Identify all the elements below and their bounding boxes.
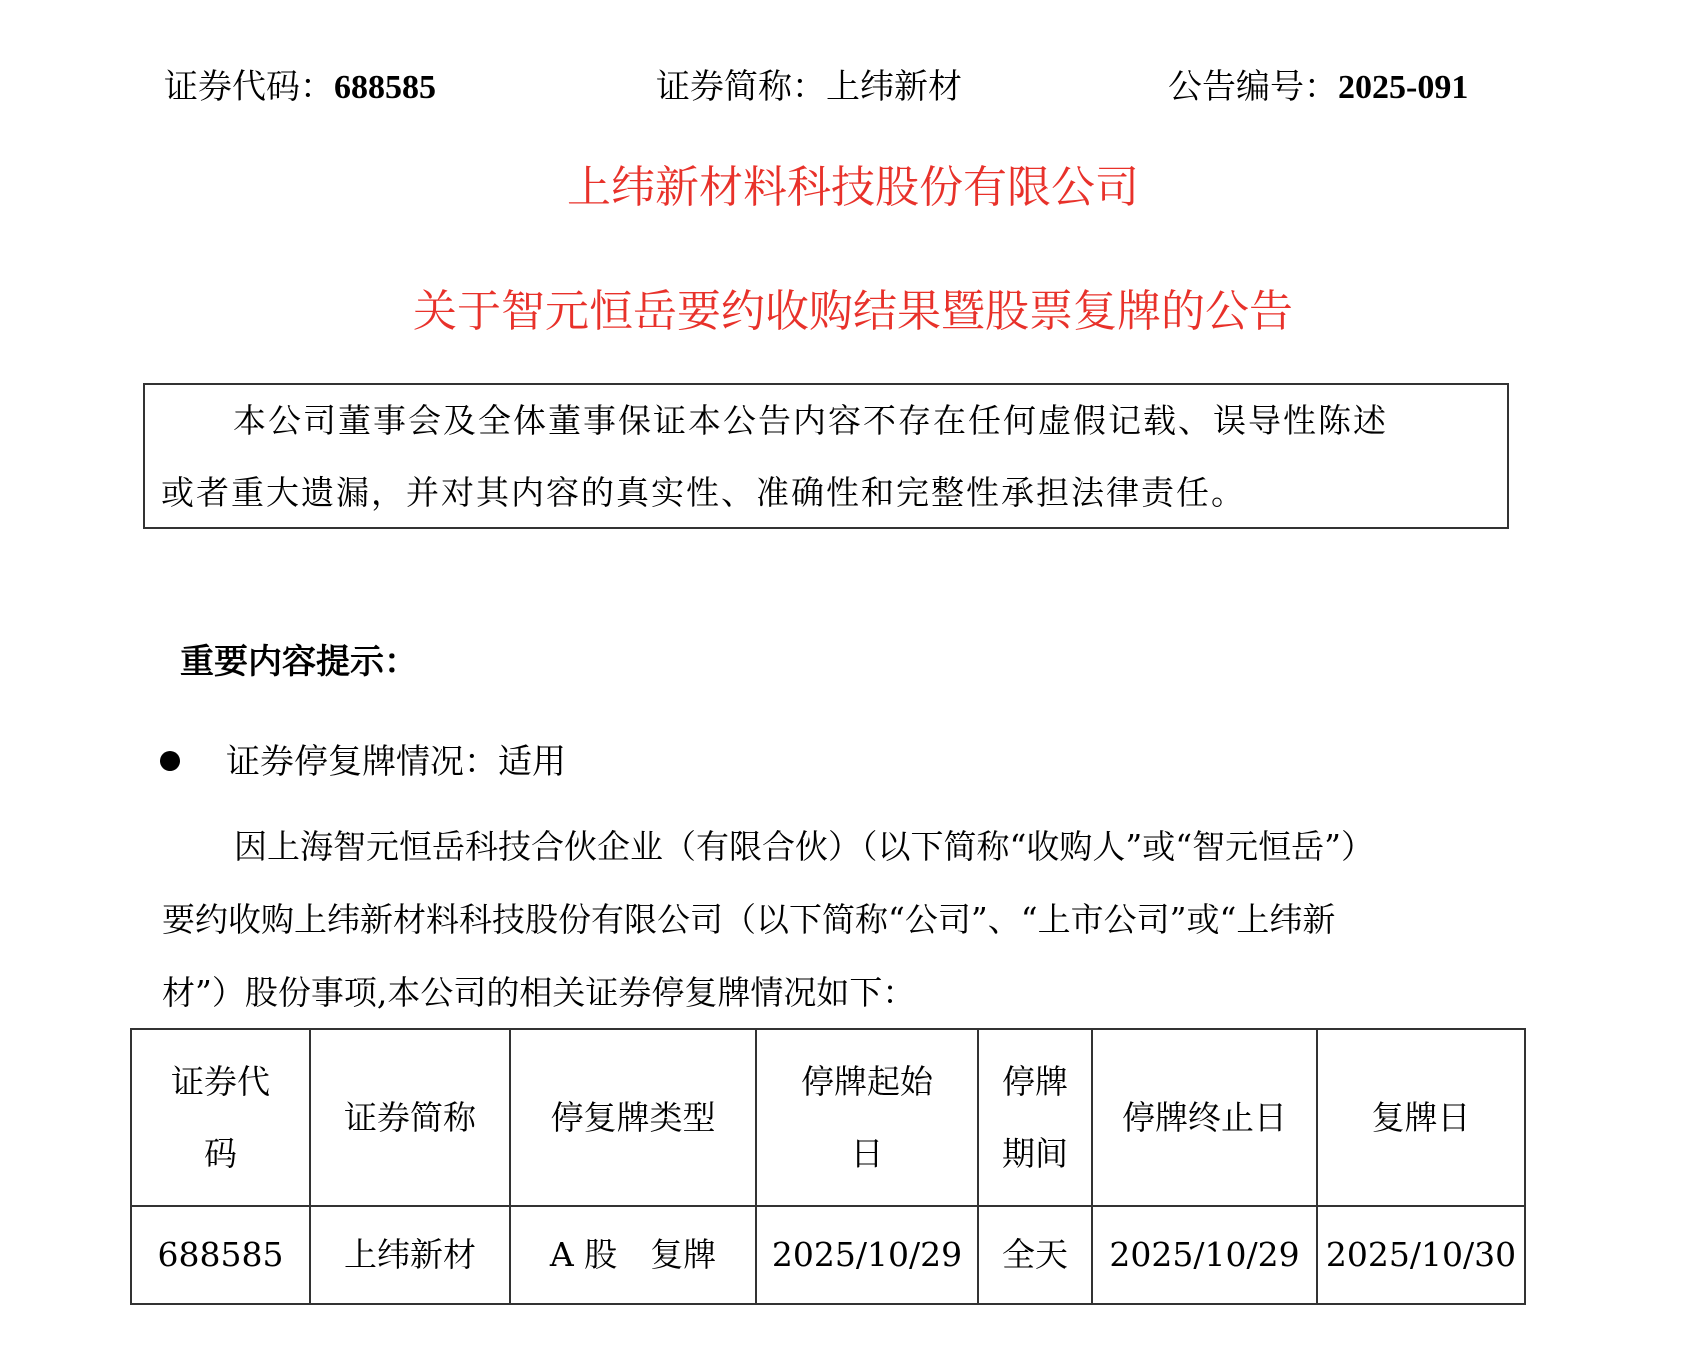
- table-header-cell: 复牌日: [1317, 1029, 1525, 1206]
- table-cell: 2025/10/29: [1092, 1206, 1317, 1304]
- table-row: 688585 上纬新材 A 股 复牌 2025/10/29 全天 2025/10…: [131, 1206, 1525, 1304]
- company-title: 上纬新材料科技股份有限公司: [0, 160, 1706, 216]
- suspension-table: 证券代 码 证券简称 停复牌类型 停牌起始 日 停牌 期间 停牌终止日 复牌日 …: [130, 1028, 1526, 1305]
- table-header-cell: 停牌 期间: [978, 1029, 1092, 1206]
- table-cell: 2025/10/29: [756, 1206, 978, 1304]
- table-cell: 688585: [131, 1206, 310, 1304]
- security-code-value: 688585: [334, 69, 436, 106]
- notice-number-value: 2025-091: [1338, 69, 1468, 106]
- table-header-cell: 证券简称: [310, 1029, 510, 1206]
- bullet-text: 证券停复牌情况：适用: [226, 742, 566, 782]
- notice-number: 公告编号：2025-091: [1168, 66, 1468, 110]
- security-short-name-label: 证券简称：: [656, 69, 826, 106]
- table-cell: 2025/10/30: [1317, 1206, 1525, 1304]
- table-header-cell: 证券代 码: [131, 1029, 310, 1206]
- disclaimer-box: 本公司董事会及全体董事保证本公告内容不存在任何虚假记载、误导性陈述 或者重大遗漏…: [143, 383, 1509, 529]
- security-short-name-value: 上纬新材: [826, 69, 962, 106]
- section-title: 重要内容提示：: [180, 640, 418, 684]
- disclaimer-line-1: 本公司董事会及全体董事保证本公告内容不存在任何虚假记载、误导性陈述: [161, 385, 1493, 457]
- body-paragraph: 因上海智元恒岳科技合伙企业（有限合伙）（以下简称“收购人”或“智元恒岳”） 要约…: [162, 810, 1512, 1029]
- announcement-title: 关于智元恒岳要约收购结果暨股票复牌的公告: [0, 284, 1706, 340]
- table-header-cell: 停牌终止日: [1092, 1029, 1317, 1206]
- bullet-icon: [160, 751, 180, 771]
- paragraph-line-2: 要约收购上纬新材料科技股份有限公司（以下简称“公司”、“上市公司”或“上纬新: [162, 883, 1512, 956]
- table-header-cell: 停复牌类型: [510, 1029, 756, 1206]
- table-cell: A 股 复牌: [510, 1206, 756, 1304]
- bullet-item: 证券停复牌情况：适用: [160, 740, 566, 784]
- security-code: 证券代码：688585: [164, 66, 436, 110]
- security-code-label: 证券代码：: [164, 69, 334, 106]
- table-header-cell: 停牌起始 日: [756, 1029, 978, 1206]
- security-short-name: 证券简称：上纬新材: [656, 66, 962, 110]
- disclaimer-line-2: 或者重大遗漏，并对其内容的真实性、准确性和完整性承担法律责任。: [161, 457, 1493, 529]
- paragraph-line-1: 因上海智元恒岳科技合伙企业（有限合伙）（以下简称“收购人”或“智元恒岳”）: [162, 810, 1512, 883]
- notice-number-label: 公告编号：: [1168, 69, 1338, 106]
- table-cell: 全天: [978, 1206, 1092, 1304]
- paragraph-line-3: 材”）股份事项,本公司的相关证券停复牌情况如下：: [162, 956, 1512, 1029]
- table-header-row: 证券代 码 证券简称 停复牌类型 停牌起始 日 停牌 期间 停牌终止日 复牌日: [131, 1029, 1525, 1206]
- table-cell: 上纬新材: [310, 1206, 510, 1304]
